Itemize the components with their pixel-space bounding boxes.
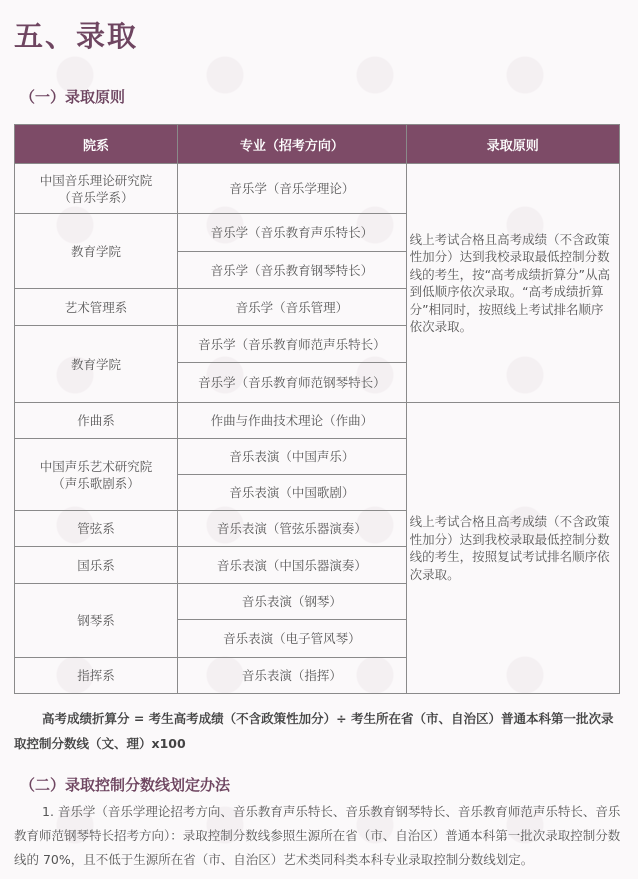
admission-table: 院系 专业（招考方向） 录取原则 中国音乐理论研究院（音乐学系） 音乐学（音乐学… — [14, 124, 620, 694]
major-cell: 音乐表演（中国声乐） — [178, 439, 407, 475]
major-cell: 音乐表演（电子管风琴） — [178, 620, 407, 658]
major-cell: 音乐学（音乐教育师范声乐特长） — [178, 326, 407, 363]
dept-cell: 教育学院 — [15, 214, 178, 289]
major-cell: 音乐学（音乐管理） — [178, 289, 407, 326]
table-row: 作曲系 作曲与作曲技术理论（作曲） 线上考试合格且高考成绩（不含政策性加分）达到… — [15, 403, 620, 439]
dept-cell: 国乐系 — [15, 547, 178, 584]
dept-cell: 管弦系 — [15, 511, 178, 547]
section-title: 五、录取 — [14, 14, 138, 55]
score-line-paragraph: 1. 音乐学（音乐学理论招考方向、音乐教育声乐特长、音乐教育钢琴特长、音乐教育师… — [14, 800, 626, 872]
table-header-row: 院系 专业（招考方向） 录取原则 — [15, 125, 620, 164]
dept-cell: 中国声乐艺术研究院（声乐歌剧系） — [15, 439, 178, 511]
dept-cell: 艺术管理系 — [15, 289, 178, 326]
major-cell: 音乐表演（中国乐器演奏） — [178, 547, 407, 584]
major-cell: 作曲与作曲技术理论（作曲） — [178, 403, 407, 439]
major-cell: 音乐表演（指挥） — [178, 658, 407, 694]
major-cell: 音乐学（音乐学理论） — [178, 164, 407, 214]
header-department: 院系 — [15, 125, 178, 164]
dept-cell: 教育学院 — [15, 326, 178, 403]
major-cell: 音乐学（音乐教育钢琴特长） — [178, 252, 407, 289]
major-cell: 音乐表演（钢琴） — [178, 584, 407, 620]
major-cell: 音乐学（音乐教育声乐特长） — [178, 214, 407, 252]
rule-cell-1: 线上考试合格且高考成绩（不含政策性加分）达到我校录取最低控制分数线的考生，按“高… — [406, 164, 619, 403]
dept-cell: 中国音乐理论研究院（音乐学系） — [15, 164, 178, 214]
subsection-title-admission-principles: （一）录取原则 — [20, 86, 125, 107]
major-cell: 音乐表演（管弦乐器演奏） — [178, 511, 407, 547]
header-rule: 录取原则 — [406, 125, 619, 164]
header-major: 专业（招考方向） — [178, 125, 407, 164]
major-cell: 音乐表演（中国歌剧） — [178, 475, 407, 511]
major-cell: 音乐学（音乐教育师范钢琴特长） — [178, 363, 407, 403]
table-row: 中国音乐理论研究院（音乐学系） 音乐学（音乐学理论） 线上考试合格且高考成绩（不… — [15, 164, 620, 214]
dept-cell: 指挥系 — [15, 658, 178, 694]
score-formula: 高考成绩折算分 = 考生高考成绩（不含政策性加分）÷ 考生所在省（市、自治区）普… — [14, 706, 624, 756]
subsection-title-score-line: （二）录取控制分数线划定办法 — [20, 774, 230, 795]
dept-cell: 作曲系 — [15, 403, 178, 439]
dept-cell: 钢琴系 — [15, 584, 178, 658]
rule-cell-2: 线上考试合格且高考成绩（不含政策性加分）达到我校录取最低控制分数线的考生，按照复… — [406, 403, 619, 694]
